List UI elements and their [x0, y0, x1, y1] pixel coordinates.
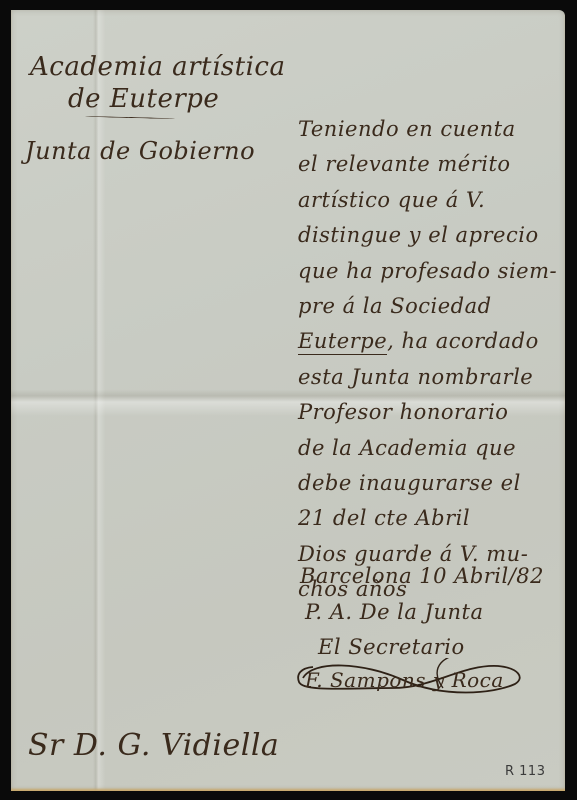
- body-line: 21 del cte Abril: [298, 501, 568, 536]
- body-line: Teniendo en cuenta: [298, 112, 568, 147]
- signature: F. Sampons y Roca: [305, 668, 504, 692]
- body-line: artístico que á V.: [298, 183, 568, 218]
- body-line-rest: , ha acordado: [387, 329, 539, 353]
- body-line: pre á la Sociedad: [298, 289, 568, 324]
- subheading-junta: Junta de Gobierno: [25, 137, 255, 165]
- body-line: distingue y el aprecio: [298, 218, 568, 253]
- body-line: que ha profesado siem-: [298, 254, 568, 289]
- recipient: Sr D. G. Vidiella: [28, 728, 279, 763]
- secretary-title: El Secretario: [318, 635, 465, 659]
- body-line: debe inaugurarse el: [298, 466, 568, 501]
- place-and-date: Barcelona 10 Abril/82: [300, 564, 544, 588]
- body-line: esta Junta nombrarle: [298, 360, 568, 395]
- on-behalf-of-junta: P. A. De la Junta: [305, 600, 484, 624]
- body-line: de la Academia que: [298, 431, 568, 466]
- body-line: el relevante mérito: [298, 147, 568, 182]
- letter-body: Teniendo en cuenta el relevante mérito a…: [298, 112, 568, 607]
- underlined-euterpe: Euterpe: [298, 329, 387, 355]
- heading-academy-society: de Euterpe: [68, 84, 219, 114]
- body-line-euterpe: Euterpe, ha acordado: [298, 324, 568, 359]
- archive-reference: R 113: [505, 764, 545, 779]
- body-line: Profesor honorario: [298, 395, 568, 430]
- heading-academy-name: Academia artística: [30, 52, 285, 82]
